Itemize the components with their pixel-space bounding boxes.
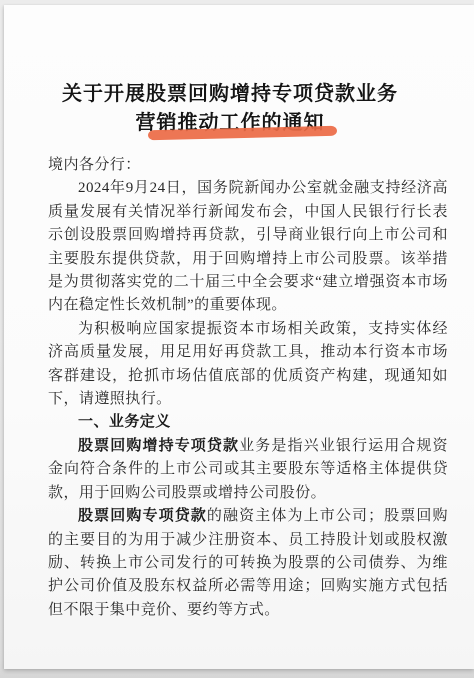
- title-line-1: 关于开展股票回购增持专项贷款业务: [48, 80, 412, 109]
- bold-term-buyback-increase-loan: 股票回购增持专项贷款: [78, 438, 239, 454]
- paragraph-policy-background: 2024年9月24日，国务院新闻办公室就金融支持经济高质量发展有关情况举行新闻发…: [48, 177, 448, 317]
- paragraph-buyback-loan-detail-text: 的融资主体为上市公司；股票回购的主要目的为用于减少注册资本、员工持股计划或股权激…: [48, 508, 448, 618]
- bold-term-buyback-loan: 股票回购专项贷款: [78, 508, 207, 524]
- paragraph-buyback-loan-detail: 股票回购专项贷款的融资主体为上市公司；股票回购的主要目的为用于减少注册资本、员工…: [48, 505, 448, 622]
- document-page: 关于开展股票回购增持专项贷款业务 营销推动工作的通知 境内各分行： 2024年9…: [4, 5, 474, 669]
- section-heading-business-definition: 一、业务定义: [48, 411, 448, 434]
- photo-background: { "document": { "title": { "line1": "关于开…: [0, 0, 474, 678]
- paragraph-notice-purpose: 为积极响应国家提振资本市场相关政策，支持实体经济高质量发展，用足用好再贷款工具，…: [48, 318, 448, 412]
- salutation: 境内各分行：: [48, 154, 448, 177]
- document-content: 关于开展股票回购增持专项贷款业务 营销推动工作的通知 境内各分行： 2024年9…: [4, 5, 474, 622]
- paragraph-loan-definition: 股票回购增持专项贷款业务是指兴业银行运用合规资金向符合条件的上市公司或其主要股东…: [48, 435, 448, 505]
